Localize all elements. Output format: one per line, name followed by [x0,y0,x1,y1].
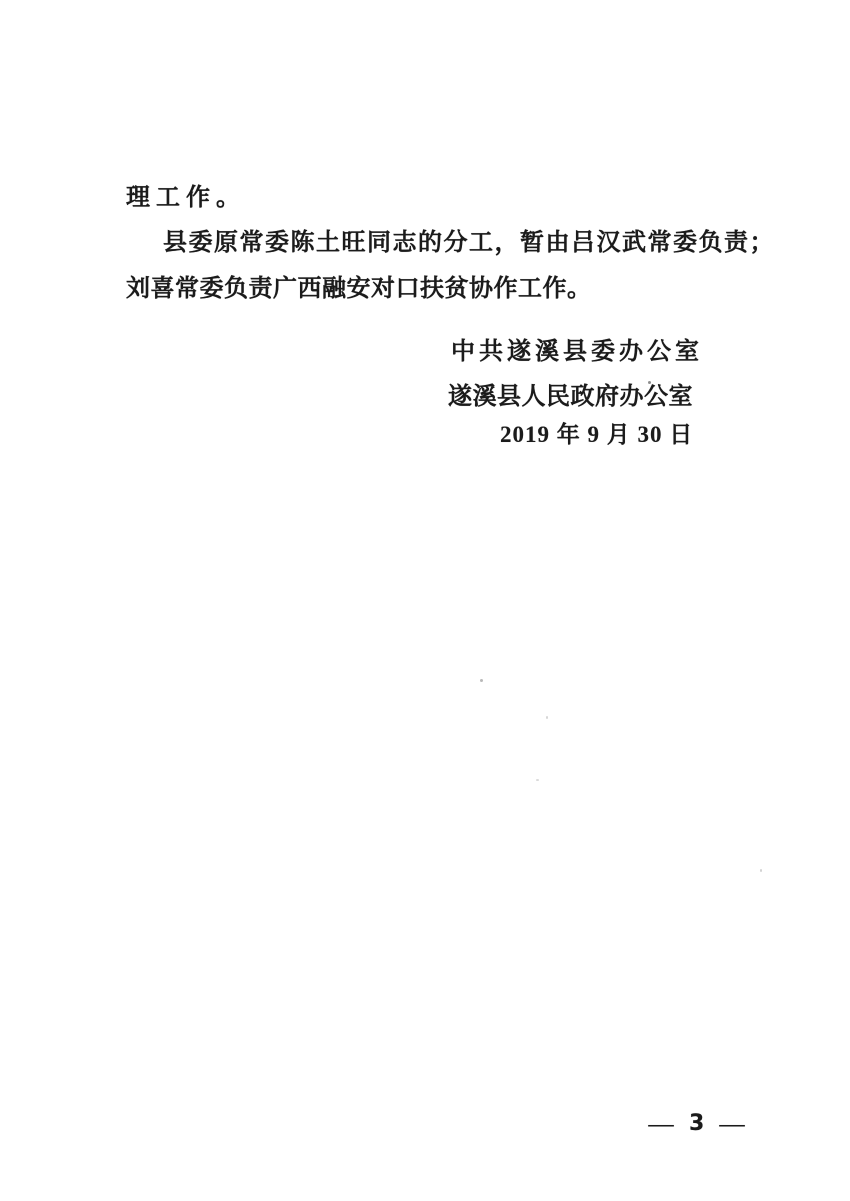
body-line-continuation: 理工作。 [126,186,246,210]
scan-speck [760,869,762,872]
footer-dash-left: — [648,1113,673,1135]
body-line-paragraph-start: 县委原常委陈土旺同志的分工，暂由吕汉武常委负责； [163,231,775,255]
page-footer: — 3 — [650,1113,743,1135]
scan-speck [546,716,548,719]
footer-dash-right: — [720,1113,745,1135]
signing-organization-party-office: 中共遂溪县委办公室 [451,340,703,364]
signature-date: 2019 年 9 月 30 日 [500,423,693,446]
scan-speck [480,679,483,682]
signing-organization-government-office: 遂溪县人民政府办公室 [448,385,693,409]
scanned-document-page: 理工作。 县委原常委陈土旺同志的分工，暂由吕汉武常委负责； 刘喜常委负责广西融安… [0,0,850,1201]
scan-speck [536,779,539,781]
body-line-paragraph-end: 刘喜常委负责广西融安对口扶贫协作工作。 [126,277,592,301]
page-number: 3 [689,1113,704,1135]
